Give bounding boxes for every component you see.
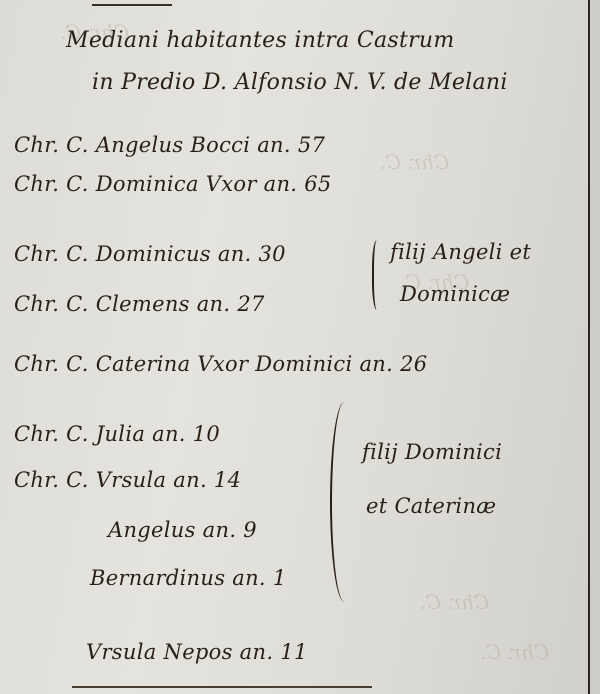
- entry-row: Chr. C. Caterina Vxor Dominici an. 26: [14, 352, 427, 376]
- age-label: an.: [359, 352, 393, 376]
- bracket-brace: [330, 402, 354, 602]
- bleed-through-text: Chr. C.: [480, 640, 549, 664]
- bracket-note-line-2: Dominicæ: [400, 282, 510, 306]
- bracket-note-line-2: et Caterinæ: [366, 494, 496, 518]
- sacrament-marks: Chr. C.: [14, 352, 89, 376]
- age-label: an.: [232, 566, 266, 590]
- age-label: an.: [257, 133, 291, 157]
- manuscript-page: Chr. C. Chr. C. Chr. C. Chr. C. Chr. C. …: [0, 0, 600, 694]
- sacrament-marks: Chr. C.: [14, 422, 89, 446]
- age-value: 57: [298, 133, 325, 157]
- age-label: an.: [197, 292, 231, 316]
- age-value: 27: [237, 292, 264, 316]
- sacrament-marks: Chr. C.: [14, 468, 89, 492]
- entry-row: Chr. C. Angelus Bocci an. 57: [14, 133, 325, 157]
- entry-row: Chr. C. Julia an. 10: [14, 422, 220, 446]
- bracket-brace: [372, 240, 384, 310]
- age-value: 10: [193, 422, 220, 446]
- sacrament-marks: Chr. C.: [14, 292, 89, 316]
- entry-row: Angelus an. 9: [108, 518, 257, 542]
- age-label: an.: [203, 518, 237, 542]
- age-value: 65: [304, 172, 331, 196]
- sacrament-marks: Chr. C.: [14, 172, 89, 196]
- top-rule: [92, 4, 172, 6]
- age-value: 9: [243, 518, 257, 542]
- bracket-note-line-1: filij Angeli et: [390, 240, 531, 264]
- person-name: Clemens: [96, 292, 190, 316]
- bleed-through-text: Chr. C.: [420, 590, 489, 614]
- person-name: Angelus Bocci: [96, 133, 250, 157]
- entry-row: Chr. C. Vrsula an. 14: [14, 468, 241, 492]
- entry-row: Chr. C. Dominicus an. 30: [14, 242, 286, 266]
- entry-row: Chr. C. Clemens an. 27: [14, 292, 265, 316]
- page-edge-strip: [590, 0, 600, 694]
- age-label: an.: [240, 640, 274, 664]
- person-name: Bernardinus: [90, 566, 225, 590]
- heading-line-2: in Predio D. Alfonsio N. V. de Melani: [92, 70, 508, 95]
- bracket-note-line-1: filij Dominici: [362, 440, 502, 464]
- age-label: an.: [218, 242, 252, 266]
- age-label: an.: [264, 172, 298, 196]
- age-value: 11: [280, 640, 307, 664]
- entry-row: Bernardinus an. 1: [90, 566, 287, 590]
- person-name: Dominica Vxor: [96, 172, 257, 196]
- person-name: Dominicus: [96, 242, 211, 266]
- age-value: 30: [258, 242, 285, 266]
- bleed-through-text: Chr. C.: [380, 150, 449, 174]
- age-value: 1: [273, 566, 287, 590]
- age-label: an.: [152, 422, 186, 446]
- person-name: Vrsula Nepos: [86, 640, 233, 664]
- person-name: Angelus: [108, 518, 196, 542]
- entry-row: Chr. C. Dominica Vxor an. 65: [14, 172, 332, 196]
- heading-line-1: Mediani habitantes intra Castrum: [66, 28, 455, 53]
- person-name: Vrsula: [96, 468, 167, 492]
- person-name: Julia: [96, 422, 145, 446]
- entry-row: Vrsula Nepos an. 11: [86, 640, 308, 664]
- sacrament-marks: Chr. C.: [14, 133, 89, 157]
- person-name: Caterina Vxor Dominici: [96, 352, 353, 376]
- age-label: an.: [173, 468, 207, 492]
- age-value: 26: [400, 352, 427, 376]
- sacrament-marks: Chr. C.: [14, 242, 89, 266]
- bottom-rule: [72, 686, 372, 688]
- age-value: 14: [214, 468, 241, 492]
